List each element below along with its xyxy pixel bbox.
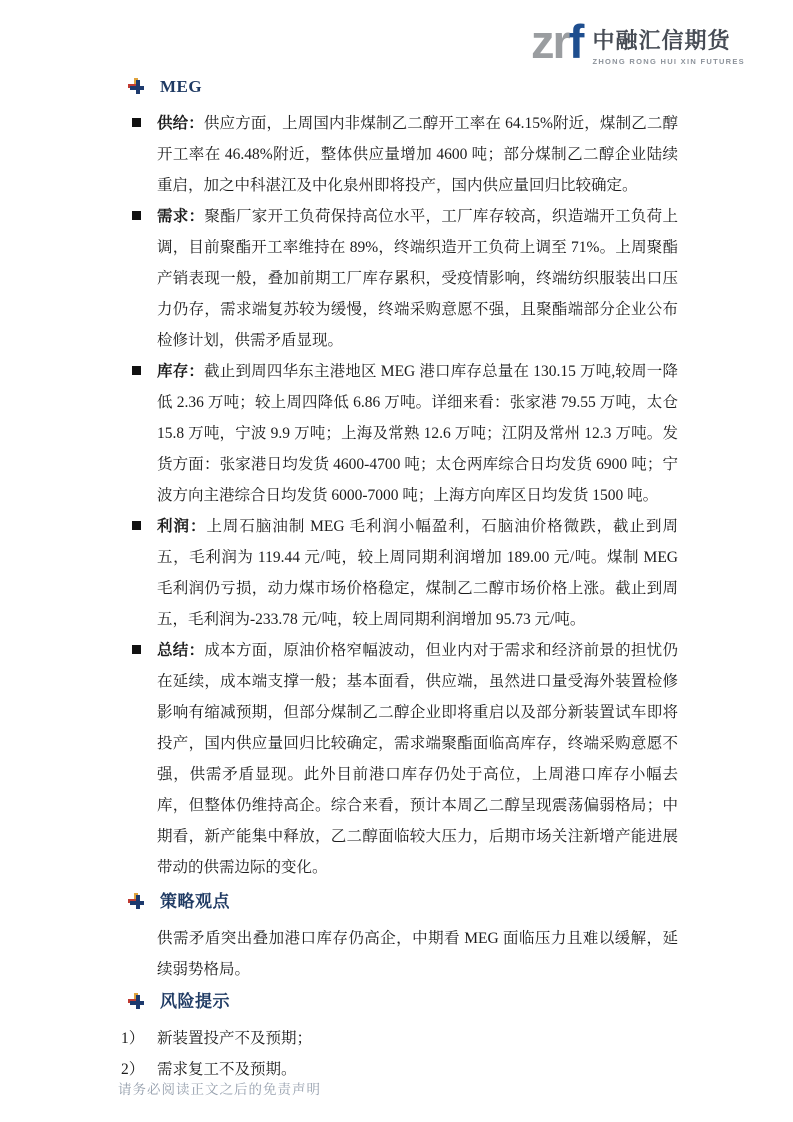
section-title-risk: 风险提示	[160, 991, 230, 1013]
plus-bullet-icon	[128, 993, 146, 1011]
square-bullet-icon	[132, 521, 141, 530]
section-heading-strategy: 策略观点	[128, 891, 678, 913]
item-label: 总结：	[157, 642, 204, 659]
logo-monogram-gray: zr	[531, 15, 569, 68]
company-logo: zrf 中融汇信期货 ZHONG RONG HUI XIN FUTURES	[531, 16, 745, 68]
strategy-text: 供需矛盾突出叠加港口库存仍高企，中期看 MEG 面临压力且难以缓解，延续弱势格局…	[157, 923, 678, 985]
plus-bullet-icon	[128, 893, 146, 911]
item-label: 需求：	[157, 208, 204, 225]
item-label: 利润：	[157, 518, 206, 535]
list-item-summary: 总结：成本方面，原油价格窄幅波动，但业内对于需求和经济前景的担忧仍在延续，成本端…	[128, 635, 678, 883]
company-name-en: ZHONG RONG HUI XIN FUTURES	[592, 57, 745, 66]
square-bullet-icon	[132, 645, 141, 654]
logo-monogram-blue: f	[569, 15, 583, 68]
list-item-supply: 供给：供应方面，上周国内非煤制乙二醇开工率在 64.15%附近，煤制乙二醇开工率…	[128, 108, 678, 201]
item-text: 截止到周四华东主港地区 MEG 港口库存总量在 130.15 万吨,较周一降低 …	[157, 363, 678, 504]
risk-item-text: 新装置投产不及预期；	[157, 1023, 312, 1054]
section-heading-meg: MEG	[128, 76, 678, 98]
section-title-meg: MEG	[160, 76, 202, 98]
section-title-strategy: 策略观点	[160, 891, 230, 913]
report-content: MEG 供给：供应方面，上周国内非煤制乙二醇开工率在 64.15%附近，煤制乙二…	[128, 76, 678, 1085]
item-label: 供给：	[157, 115, 204, 132]
square-bullet-icon	[132, 118, 141, 127]
strategy-paragraph: 供需矛盾突出叠加港口库存仍高企，中期看 MEG 面临压力且难以缓解，延续弱势格局…	[128, 923, 678, 985]
company-name-cn: 中融汇信期货	[592, 28, 745, 54]
item-label: 库存：	[157, 363, 204, 380]
item-text: 成本方面，原油价格窄幅波动，但业内对于需求和经济前景的担忧仍在延续，成本端支撑一…	[157, 642, 678, 876]
report-page: zrf 中融汇信期货 ZHONG RONG HUI XIN FUTURES ME…	[0, 0, 793, 1122]
section-heading-risk: 风险提示	[128, 991, 678, 1013]
plus-bullet-icon	[128, 78, 146, 96]
logo-monogram: zrf	[531, 16, 582, 68]
logo-text: 中融汇信期货 ZHONG RONG HUI XIN FUTURES	[592, 28, 745, 66]
footer-disclaimer: 请务必阅读正文之后的免责声明	[118, 1078, 321, 1098]
risk-item-number: 1）	[121, 1023, 157, 1054]
list-item-demand: 需求：聚酯厂家开工负荷保持高位水平，工厂库存较高，织造端开工负荷上调，目前聚酯开…	[128, 201, 678, 356]
item-text: 聚酯厂家开工负荷保持高位水平，工厂库存较高，织造端开工负荷上调，目前聚酯开工率维…	[157, 208, 678, 349]
square-bullet-icon	[132, 211, 141, 220]
item-text: 供应方面，上周国内非煤制乙二醇开工率在 64.15%附近，煤制乙二醇开工率在 4…	[157, 115, 678, 194]
item-text: 上周石脑油制 MEG 毛利润小幅盈利，石脑油价格微跌，截止到周五，毛利润为 11…	[157, 518, 678, 628]
square-bullet-icon	[132, 366, 141, 375]
list-item-profit: 利润：上周石脑油制 MEG 毛利润小幅盈利，石脑油价格微跌，截止到周五，毛利润为…	[128, 511, 678, 635]
list-item-inventory: 库存：截止到周四华东主港地区 MEG 港口库存总量在 130.15 万吨,较周一…	[128, 356, 678, 511]
risk-item-1: 1） 新装置投产不及预期；	[121, 1023, 678, 1054]
